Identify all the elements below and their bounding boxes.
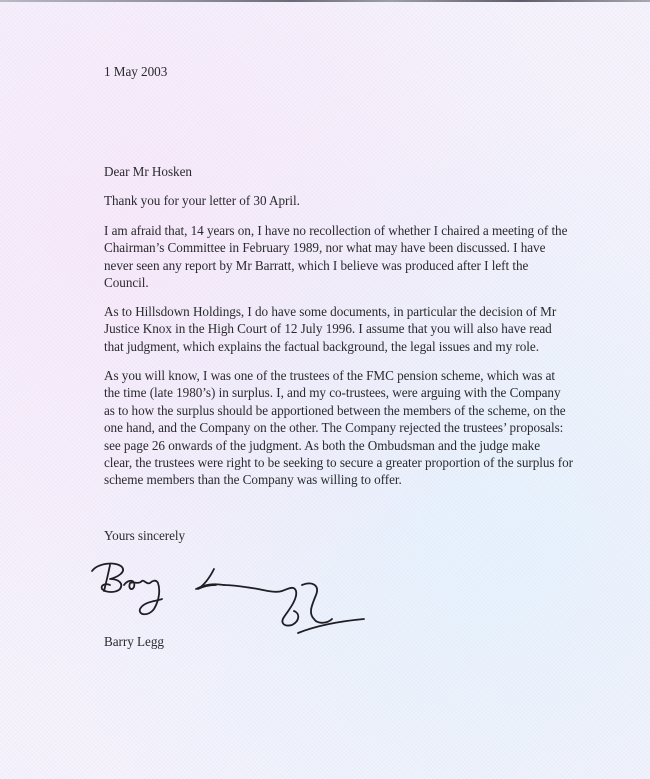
signatory-name: Barry Legg <box>104 633 164 650</box>
paragraph-thanks: Thank you for your letter of 30 April. <box>104 192 624 209</box>
paragraph-line: as to how the surplus should be apportio… <box>104 402 624 419</box>
closing: Yours sincerely <box>104 527 185 544</box>
paragraph-hillsdown: As to Hillsdown Holdings, I do have some… <box>104 303 624 355</box>
paragraph-recollection: I am afraid that, 14 years on, I have no… <box>104 222 624 292</box>
paragraph-line: see page 26 onwards of the judgment. As … <box>104 437 624 454</box>
paragraph-fmc-pension: As you will know, I was one of the trust… <box>104 367 624 489</box>
handwritten-signature <box>88 555 368 635</box>
paragraph-line: one hand, and the Company on the other. … <box>104 419 624 436</box>
paragraph-line: clear, the trustees were right to be see… <box>104 454 624 471</box>
paragraph-line: As you will know, I was one of the trust… <box>104 367 624 384</box>
paragraph-line: never seen any report by Mr Barratt, whi… <box>104 257 624 274</box>
paragraph-line: the time (late 1980’s) in surplus. I, an… <box>104 384 624 401</box>
scan-top-edge <box>0 0 650 2</box>
paragraph-line: that judgment, which explains the factua… <box>104 338 624 355</box>
paragraph-line: Thank you for your letter of 30 April. <box>104 192 624 209</box>
paragraph-line: I am afraid that, 14 years on, I have no… <box>104 222 624 239</box>
paragraph-line: Council. <box>104 274 624 291</box>
salutation: Dear Mr Hosken <box>104 163 192 180</box>
paragraph-line: As to Hillsdown Holdings, I do have some… <box>104 303 624 320</box>
letter-date: 1 May 2003 <box>104 63 167 80</box>
paragraph-line: Justice Knox in the High Court of 12 Jul… <box>104 320 624 337</box>
paragraph-line: Chairman’s Committee in February 1989, n… <box>104 239 624 256</box>
paragraph-line: scheme members than the Company was will… <box>104 471 624 488</box>
